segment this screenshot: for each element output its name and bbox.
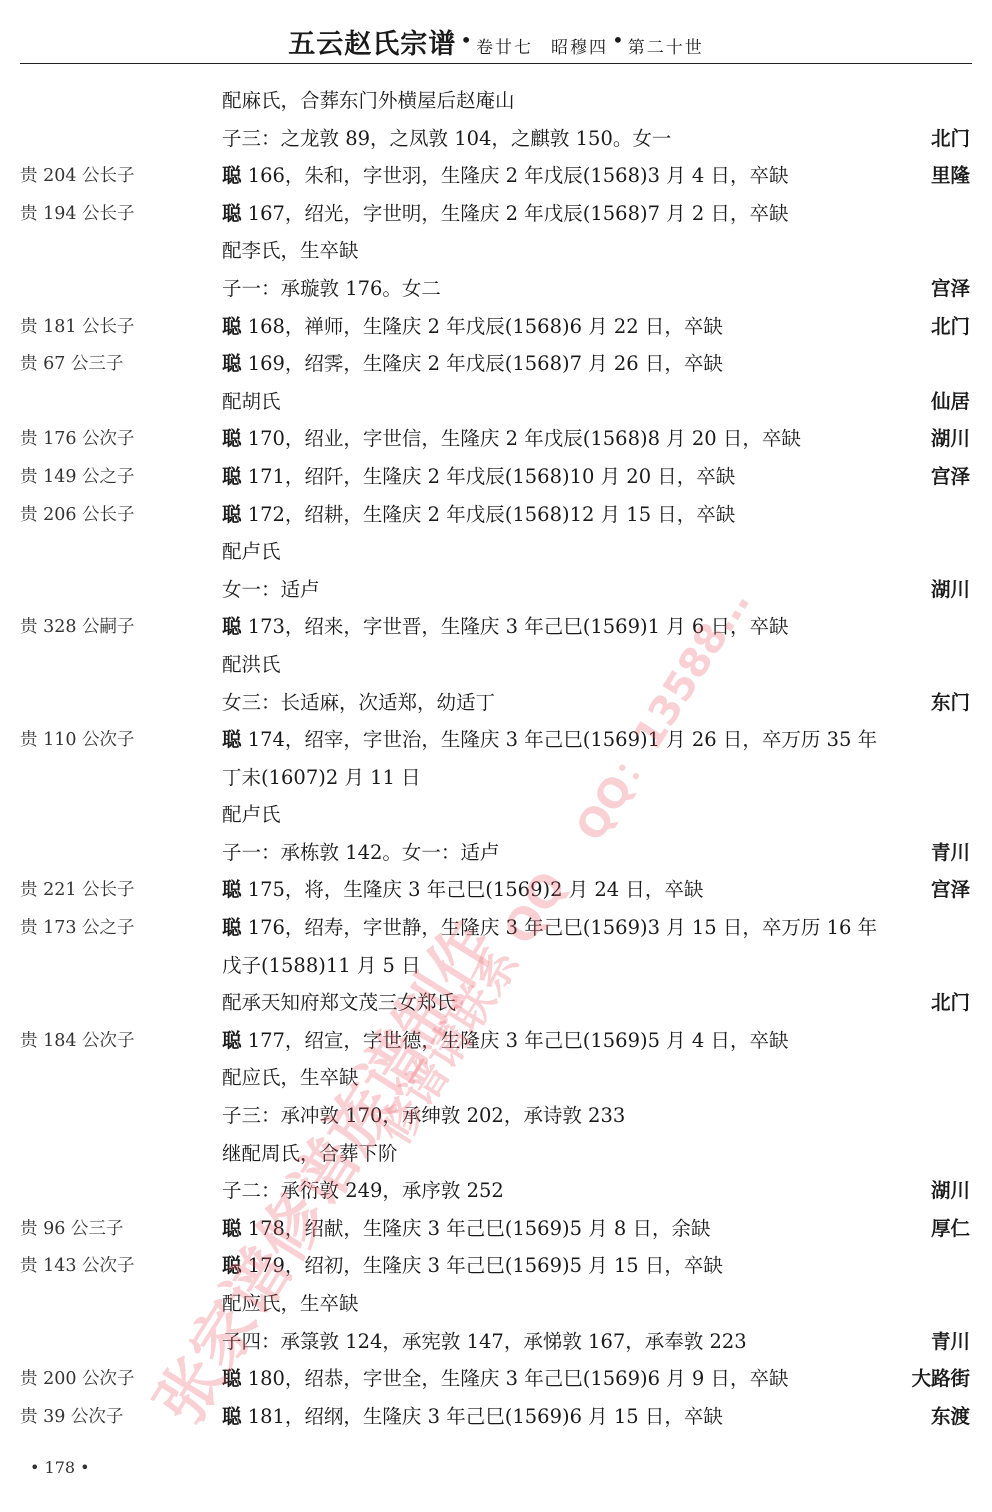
residence-place: 宫泽 [931, 874, 970, 906]
residence-place: 东门 [931, 687, 970, 719]
genealogy-row: 子一：承璇敦 176。女二宫泽 [0, 273, 992, 311]
parent-reference: 贵 173 公之子 [20, 912, 135, 944]
entry-body: 配洪氏 [222, 653, 281, 676]
residence-place: 北门 [931, 311, 970, 343]
generation-name-char: 聪 [222, 315, 242, 338]
title-separator: • [460, 28, 472, 52]
genealogy-row: 配洪氏 [0, 649, 992, 687]
genealogy-row: 贵 96 公三子聪 178，绍献，生隆庆 3 年己巳(1569)5 月 8 日，… [0, 1213, 992, 1251]
entry-body: 169，绍霁，生隆庆 2 年戊辰(1568)7 月 26 日，卒缺 [242, 352, 723, 375]
branch-separator: • [612, 28, 624, 52]
genealogy-row: 贵 110 公次子聪 174，绍宰，字世治，生隆庆 3 年己巳(1569)1 月… [0, 724, 992, 762]
entry-text: 女三：长适麻，次适郑，幼适丁 [222, 687, 495, 719]
entry-text: 配卢氏 [222, 536, 281, 568]
genealogy-row: 配卢氏 [0, 799, 992, 837]
entry-text: 配麻氏，合葬东门外横屋后赵庵山 [222, 85, 515, 117]
branch-label: 昭穆四 [551, 38, 608, 58]
entry-body: 173，绍来，字世晋，生隆庆 3 年己巳(1569)1 月 6 日，卒缺 [242, 615, 789, 638]
entry-text: 聪 171，绍阡，生隆庆 2 年戊辰(1568)10 月 20 日，卒缺 [222, 461, 735, 493]
parent-reference: 贵 181 公长子 [20, 311, 135, 343]
entry-text: 聪 172，绍耕，生隆庆 2 年戊辰(1568)12 月 15 日，卒缺 [222, 499, 735, 531]
book-title: 五云赵氏宗谱 [288, 29, 456, 60]
parent-reference: 贵 149 公之子 [20, 461, 135, 493]
generation-name-char: 聪 [222, 1217, 242, 1240]
entry-text: 聪 181，绍纲，生隆庆 3 年己巳(1569)6 月 15 日，卒缺 [222, 1401, 723, 1433]
residence-place: 湖川 [931, 1175, 970, 1207]
genealogy-row: 子三：之龙敦 89，之凤敦 104，之麒敦 150。女一北门 [0, 123, 992, 161]
entry-text: 聪 179，绍初，生隆庆 3 年己巳(1569)5 月 15 日，卒缺 [222, 1250, 723, 1282]
residence-place: 北门 [931, 123, 970, 155]
entry-body: 172，绍耕，生隆庆 2 年戊辰(1568)12 月 15 日，卒缺 [242, 503, 736, 526]
genealogy-row: 贵 184 公次子聪 177，绍宣，字世德，生隆庆 3 年己巳(1569)5 月… [0, 1025, 992, 1063]
entry-text: 配李氏，生卒缺 [222, 235, 359, 267]
entry-body: 配胡氏 [222, 390, 281, 413]
generation-name-char: 聪 [222, 465, 242, 488]
residence-place: 大路街 [911, 1363, 970, 1395]
entry-body: 配应氏，生卒缺 [222, 1066, 359, 1089]
genealogy-row: 子四：承箓敦 124，承宪敦 147，承悌敦 167，承奉敦 223青川 [0, 1326, 992, 1364]
parent-reference: 贵 176 公次子 [20, 423, 135, 455]
genealogy-row: 贵 181 公长子聪 168，禅师，生隆庆 2 年戊辰(1568)6 月 22 … [0, 311, 992, 349]
parent-reference: 贵 96 公三子 [20, 1213, 123, 1245]
genealogy-row: 戊子(1588)11 月 5 日 [0, 950, 992, 988]
parent-reference: 贵 206 公长子 [20, 499, 135, 531]
entry-text: 聪 169，绍霁，生隆庆 2 年戊辰(1568)7 月 26 日，卒缺 [222, 348, 723, 380]
entry-body: 配麻氏，合葬东门外横屋后赵庵山 [222, 89, 515, 112]
genealogy-row: 贵 204 公长子聪 166，朱和，字世羽，生隆庆 2 年戊辰(1568)3 月… [0, 160, 992, 198]
entry-text: 聪 175，将，生隆庆 3 年己巳(1569)2 月 24 日，卒缺 [222, 874, 703, 906]
parent-reference: 贵 200 公次子 [20, 1363, 135, 1395]
genealogy-row: 子三：承冲敦 170，承绅敦 202，承诗敦 233 [0, 1100, 992, 1138]
genealogy-row: 贵 176 公次子聪 170，绍业，字世信，生隆庆 2 年戊辰(1568)8 月… [0, 423, 992, 461]
entry-body: 178，绍献，生隆庆 3 年己巳(1569)5 月 8 日，余缺 [242, 1217, 711, 1240]
generation-name-char: 聪 [222, 352, 242, 375]
generation-name-char: 聪 [222, 202, 242, 225]
residence-place: 湖川 [931, 423, 970, 455]
entry-text: 子三：承冲敦 170，承绅敦 202，承诗敦 233 [222, 1100, 625, 1132]
entry-body: 女三：长适麻，次适郑，幼适丁 [222, 691, 495, 714]
entry-text: 女一：适卢 [222, 574, 320, 606]
entry-text: 子四：承箓敦 124，承宪敦 147，承悌敦 167，承奉敦 223 [222, 1326, 747, 1358]
genealogy-row: 配李氏，生卒缺 [0, 235, 992, 273]
generation-name-char: 聪 [222, 728, 242, 751]
residence-place: 里隆 [931, 160, 970, 192]
page-number: • 178 • [30, 1458, 90, 1477]
entry-body: 168，禅师，生隆庆 2 年戊辰(1568)6 月 22 日，卒缺 [242, 315, 723, 338]
residence-place: 仙居 [931, 386, 970, 418]
entry-text: 聪 168，禅师，生隆庆 2 年戊辰(1568)6 月 22 日，卒缺 [222, 311, 723, 343]
entry-body: 171，绍阡，生隆庆 2 年戊辰(1568)10 月 20 日，卒缺 [242, 465, 736, 488]
residence-place: 宫泽 [931, 461, 970, 493]
entry-text: 聪 176，绍寿，字世静，生隆庆 3 年己巳(1569)3 月 15 日，卒万历… [222, 912, 877, 944]
entry-body: 166，朱和，字世羽，生隆庆 2 年戊辰(1568)3 月 4 日，卒缺 [242, 164, 789, 187]
entry-body: 子一：承璇敦 176。女二 [222, 277, 441, 300]
parent-reference: 贵 184 公次子 [20, 1025, 135, 1057]
residence-place: 厚仁 [931, 1213, 970, 1245]
entry-text: 丁未(1607)2 月 11 日 [222, 762, 421, 794]
entry-body: 配卢氏 [222, 803, 281, 826]
genealogy-row: 配应氏，生卒缺 [0, 1288, 992, 1326]
generation-name-char: 聪 [222, 1405, 242, 1428]
parent-reference: 贵 328 公嗣子 [20, 611, 135, 643]
entry-text: 配承天知府郑文茂三女郑氏 [222, 987, 456, 1019]
entry-text: 聪 170，绍业，字世信，生隆庆 2 年戊辰(1568)8 月 20 日，卒缺 [222, 423, 801, 455]
entry-body: 179，绍初，生隆庆 3 年己巳(1569)5 月 15 日，卒缺 [242, 1254, 723, 1277]
entry-body: 181，绍纲，生隆庆 3 年己巳(1569)6 月 15 日，卒缺 [242, 1405, 723, 1428]
genealogy-row: 继配周氏，合葬下阶 [0, 1138, 992, 1176]
entry-text: 聪 180，绍恭，字世全，生隆庆 3 年己巳(1569)6 月 9 日，卒缺 [222, 1363, 789, 1395]
entry-body: 子三：承冲敦 170，承绅敦 202，承诗敦 233 [222, 1104, 625, 1127]
parent-reference: 贵 143 公次子 [20, 1250, 135, 1282]
generation-name-char: 聪 [222, 1029, 242, 1052]
genealogy-row: 配胡氏仙居 [0, 386, 992, 424]
residence-place: 东渡 [931, 1401, 970, 1433]
genealogy-row: 贵 194 公长子聪 167，绍光，字世明，生隆庆 2 年戊辰(1568)7 月… [0, 198, 992, 236]
entry-body: 177，绍宣，字世德，生隆庆 3 年己巳(1569)5 月 4 日，卒缺 [242, 1029, 789, 1052]
genealogy-row: 贵 173 公之子聪 176，绍寿，字世静，生隆庆 3 年己巳(1569)3 月… [0, 912, 992, 950]
entry-text: 聪 178，绍献，生隆庆 3 年己巳(1569)5 月 8 日，余缺 [222, 1213, 711, 1245]
entry-body: 170，绍业，字世信，生隆庆 2 年戊辰(1568)8 月 20 日，卒缺 [242, 427, 801, 450]
entry-body: 配卢氏 [222, 540, 281, 563]
generation-name-char: 聪 [222, 615, 242, 638]
entry-body: 180，绍恭，字世全，生隆庆 3 年己巳(1569)6 月 9 日，卒缺 [242, 1367, 789, 1390]
entry-body: 子三：之龙敦 89，之凤敦 104，之麒敦 150。女一 [222, 127, 671, 150]
entry-text: 配洪氏 [222, 649, 281, 681]
entry-text: 聪 173，绍来，字世晋，生隆庆 3 年己巳(1569)1 月 6 日，卒缺 [222, 611, 789, 643]
entry-text: 配胡氏 [222, 386, 281, 418]
entry-text: 戊子(1588)11 月 5 日 [222, 950, 421, 982]
entry-body: 176，绍寿，字世静，生隆庆 3 年己巳(1569)3 月 15 日，卒万历 1… [242, 916, 878, 939]
genealogy-row: 贵 143 公次子聪 179，绍初，生隆庆 3 年己巳(1569)5 月 15 … [0, 1250, 992, 1288]
genealogy-row: 配麻氏，合葬东门外横屋后赵庵山 [0, 85, 992, 123]
genealogy-row: 女三：长适麻，次适郑，幼适丁东门 [0, 687, 992, 725]
genealogy-row: 配应氏，生卒缺 [0, 1062, 992, 1100]
entry-text: 聪 167，绍光，字世明，生隆庆 2 年戊辰(1568)7 月 2 日，卒缺 [222, 198, 789, 230]
entry-body: 子四：承箓敦 124，承宪敦 147，承悌敦 167，承奉敦 223 [222, 1330, 747, 1353]
entry-body: 配承天知府郑文茂三女郑氏 [222, 991, 456, 1014]
genealogy-row: 贵 328 公嗣子聪 173，绍来，字世晋，生隆庆 3 年己巳(1569)1 月… [0, 611, 992, 649]
entry-text: 聪 174，绍宰，字世治，生隆庆 3 年己巳(1569)1 月 26 日，卒万历… [222, 724, 877, 756]
residence-place: 青川 [931, 1326, 970, 1358]
generation-name-char: 聪 [222, 916, 242, 939]
entry-text: 配应氏，生卒缺 [222, 1288, 359, 1320]
entry-body: 167，绍光，字世明，生隆庆 2 年戊辰(1568)7 月 2 日，卒缺 [242, 202, 789, 225]
entry-text: 子一：承栋敦 142。女一：适卢 [222, 837, 499, 869]
entry-text: 子一：承璇敦 176。女二 [222, 273, 441, 305]
entry-text: 聪 166，朱和，字世羽，生隆庆 2 年戊辰(1568)3 月 4 日，卒缺 [222, 160, 789, 192]
generation-label: 第二十世 [628, 38, 704, 58]
parent-reference: 贵 67 公三子 [20, 348, 123, 380]
generation-name-char: 聪 [222, 878, 242, 901]
entry-body: 丁未(1607)2 月 11 日 [222, 766, 421, 789]
entry-body: 174，绍宰，字世治，生隆庆 3 年己巳(1569)1 月 26 日，卒万历 3… [242, 728, 878, 751]
parent-reference: 贵 110 公次子 [20, 724, 135, 756]
generation-name-char: 聪 [222, 1254, 242, 1277]
entry-text: 配应氏，生卒缺 [222, 1062, 359, 1094]
genealogy-row: 贵 39 公次子聪 181，绍纲，生隆庆 3 年己巳(1569)6 月 15 日… [0, 1401, 992, 1439]
entry-body: 继配周氏，合葬下阶 [222, 1142, 398, 1165]
entry-text: 子二：承衍敦 249，承序敦 252 [222, 1175, 504, 1207]
genealogy-row: 子二：承衍敦 249，承序敦 252湖川 [0, 1175, 992, 1213]
genealogy-row: 配卢氏 [0, 536, 992, 574]
header-divider [20, 63, 972, 64]
genealogy-row: 女一：适卢湖川 [0, 574, 992, 612]
genealogy-row: 贵 206 公长子聪 172，绍耕，生隆庆 2 年戊辰(1568)12 月 15… [0, 499, 992, 537]
generation-name-char: 聪 [222, 427, 242, 450]
generation-name-char: 聪 [222, 164, 242, 187]
page-header: 五云赵氏宗谱•卷廿七昭穆四•第二十世 [0, 22, 992, 61]
entry-body: 配李氏，生卒缺 [222, 239, 359, 262]
entry-text: 配卢氏 [222, 799, 281, 831]
entry-text: 继配周氏，合葬下阶 [222, 1138, 398, 1170]
parent-reference: 贵 39 公次子 [20, 1401, 123, 1433]
generation-name-char: 聪 [222, 503, 242, 526]
entry-body: 女一：适卢 [222, 578, 320, 601]
residence-place: 宫泽 [931, 273, 970, 305]
entry-body: 子二：承衍敦 249，承序敦 252 [222, 1179, 504, 1202]
genealogy-row: 子一：承栋敦 142。女一：适卢青川 [0, 837, 992, 875]
entry-body: 配应氏，生卒缺 [222, 1292, 359, 1315]
parent-reference: 贵 194 公长子 [20, 198, 135, 230]
residence-place: 湖川 [931, 574, 970, 606]
volume-label: 卷廿七 [476, 38, 533, 58]
genealogy-row: 丁未(1607)2 月 11 日 [0, 762, 992, 800]
parent-reference: 贵 204 公长子 [20, 160, 135, 192]
genealogy-row: 贵 67 公三子聪 169，绍霁，生隆庆 2 年戊辰(1568)7 月 26 日… [0, 348, 992, 386]
residence-place: 青川 [931, 837, 970, 869]
entry-body: 戊子(1588)11 月 5 日 [222, 954, 421, 977]
genealogy-row: 贵 149 公之子聪 171，绍阡，生隆庆 2 年戊辰(1568)10 月 20… [0, 461, 992, 499]
genealogy-row: 贵 200 公次子聪 180，绍恭，字世全，生隆庆 3 年己巳(1569)6 月… [0, 1363, 992, 1401]
generation-name-char: 聪 [222, 1367, 242, 1390]
parent-reference: 贵 221 公长子 [20, 874, 135, 906]
genealogy-row: 配承天知府郑文茂三女郑氏北门 [0, 987, 992, 1025]
entry-text: 子三：之龙敦 89，之凤敦 104，之麒敦 150。女一 [222, 123, 671, 155]
genealogy-row: 贵 221 公长子聪 175，将，生隆庆 3 年己巳(1569)2 月 24 日… [0, 874, 992, 912]
genealogy-entries: 配麻氏，合葬东门外横屋后赵庵山子三：之龙敦 89，之凤敦 104，之麒敦 150… [0, 85, 992, 1438]
entry-body: 175，将，生隆庆 3 年己巳(1569)2 月 24 日，卒缺 [242, 878, 704, 901]
entry-text: 聪 177，绍宣，字世德，生隆庆 3 年己巳(1569)5 月 4 日，卒缺 [222, 1025, 789, 1057]
entry-body: 子一：承栋敦 142。女一：适卢 [222, 841, 499, 864]
residence-place: 北门 [931, 987, 970, 1019]
